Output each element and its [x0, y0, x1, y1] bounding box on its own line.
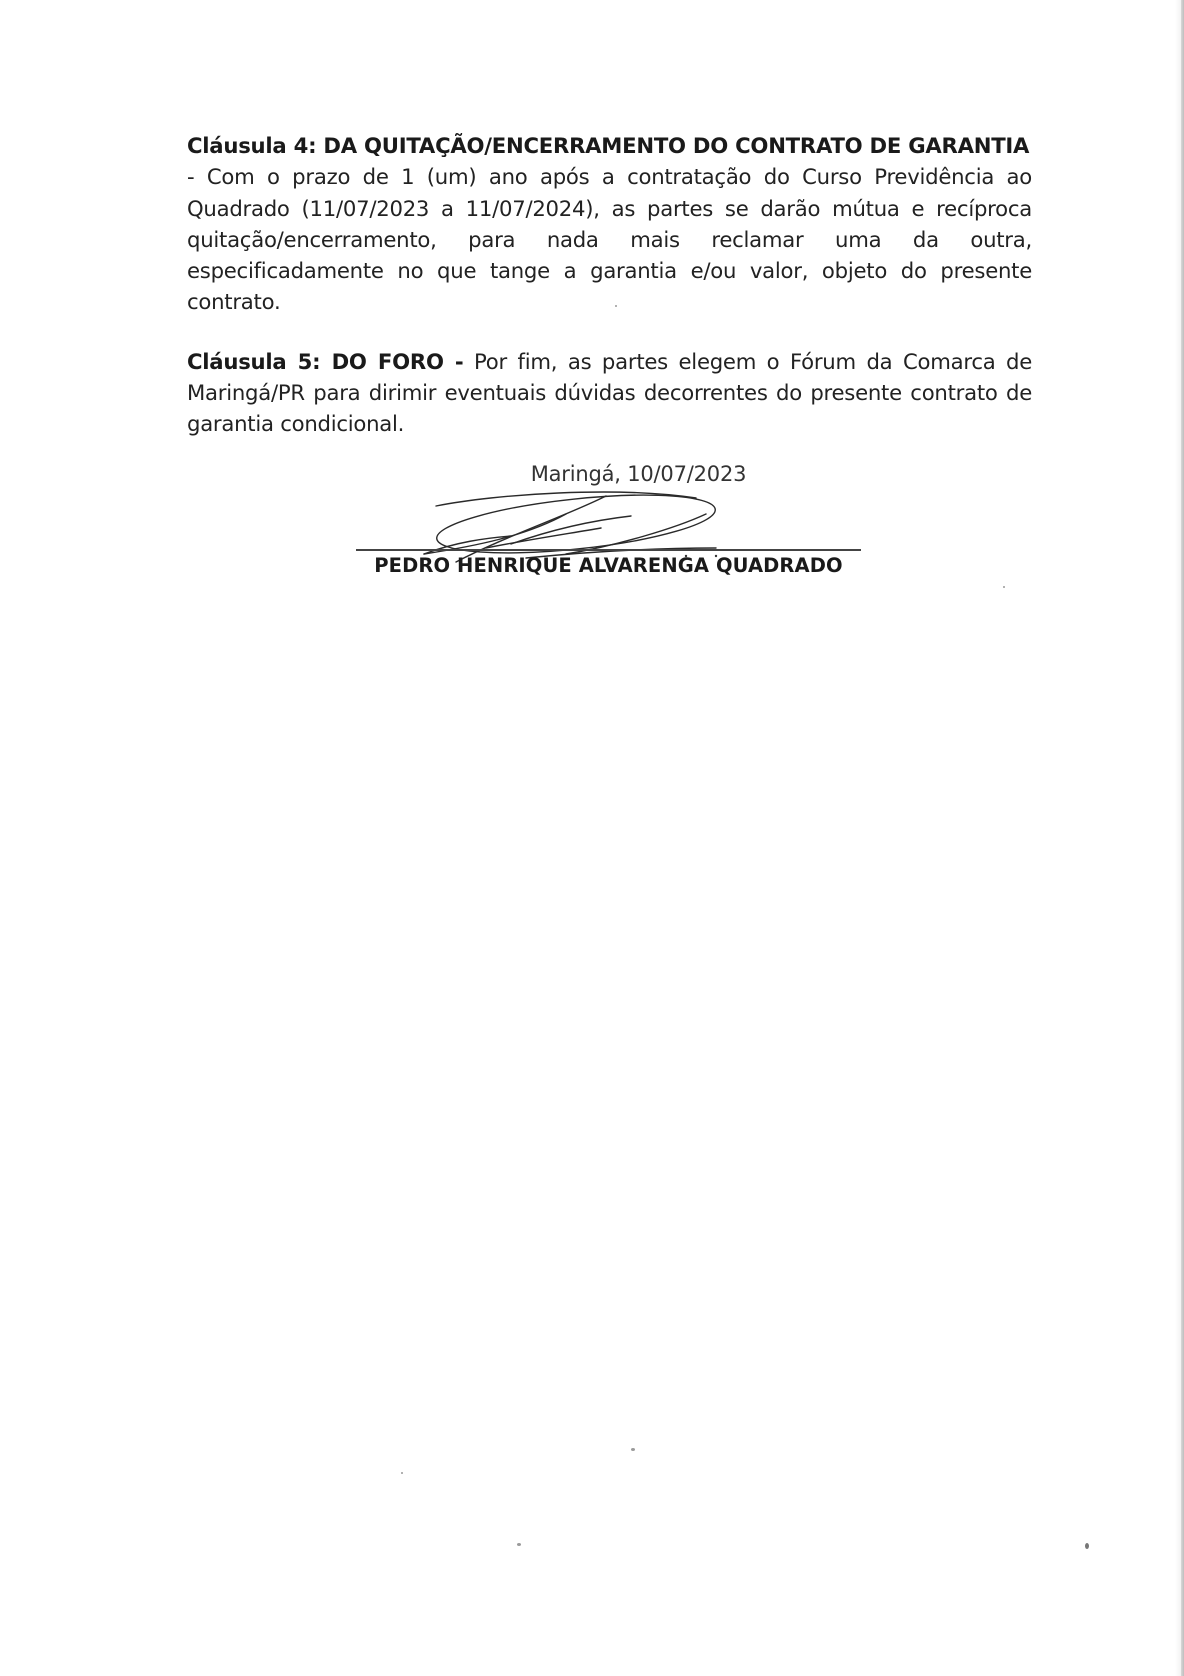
- contract-body: Cláusula 4: DA QUITAÇÃO/ENCERRAMENTO DO …: [187, 130, 1032, 440]
- scan-speck: [1003, 586, 1005, 588]
- scan-speck: [631, 1448, 635, 1451]
- scan-speck: [615, 305, 617, 307]
- clause-4-text: - Com o prazo de 1 (um) ano após a contr…: [187, 164, 1032, 314]
- scan-speck: [1085, 1543, 1089, 1549]
- clause-5-heading: Cláusula 5: DO FORO -: [187, 349, 463, 374]
- signature-block: Maringá, 10/07/2023 PEDRO HENRIQUE ALVAR…: [356, 462, 861, 486]
- clause-4-heading: Cláusula 4: DA QUITAÇÃO/ENCERRAMENTO DO …: [187, 133, 1029, 158]
- signer-name: PEDRO HENRIQUE ALVARENGA QUADRADO: [356, 554, 861, 577]
- handwritten-signature-icon: [416, 476, 746, 566]
- clause-5: Cláusula 5: DO FORO - Por fim, as partes…: [187, 346, 1032, 440]
- scan-speck: [517, 1543, 521, 1546]
- clause-4: Cláusula 4: DA QUITAÇÃO/ENCERRAMENTO DO …: [187, 130, 1032, 318]
- signature-line: [356, 549, 861, 551]
- scan-speck: [401, 1472, 403, 1474]
